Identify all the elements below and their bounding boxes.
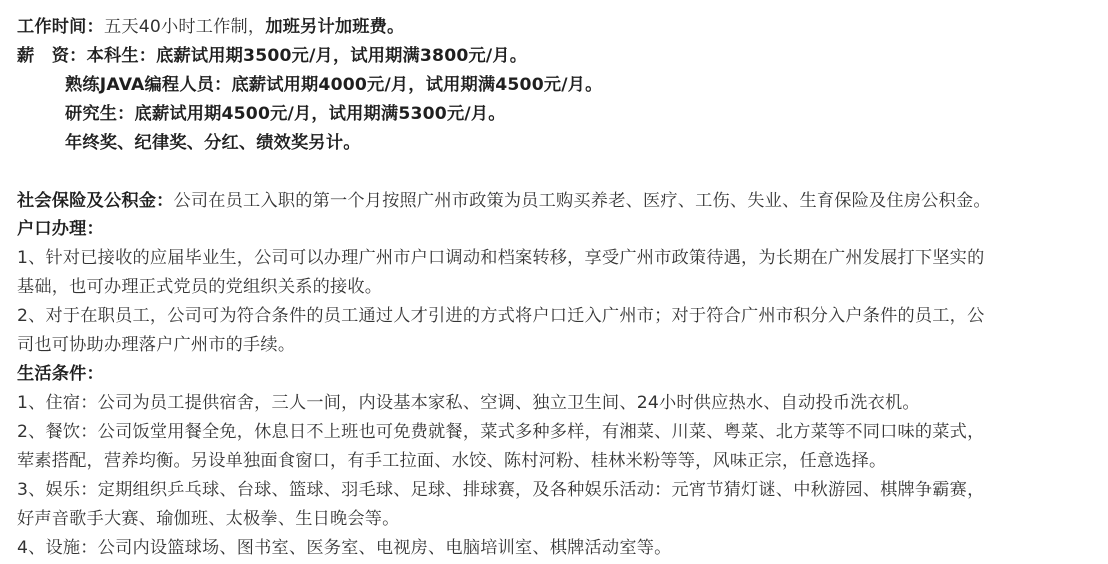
- work-time-line: 工作时间：五天40小时工作制，加班另计加班费。: [17, 14, 404, 40]
- social-insurance-label: 社会保险及公积金：: [17, 191, 174, 211]
- living-line-3: 荤素搭配，营养均衡。另设单独面食窗口，有手工拉面、水饺、陈村河粉、桂林米粉等等，…: [17, 448, 886, 474]
- hukou-line-4: 司也可协助办理落户广州市的手续。: [17, 332, 295, 358]
- hukou-line-1: 1、针对已接收的应届毕业生，公司可以办理广州市户口调动和档案转移，享受广州市政策…: [17, 245, 984, 271]
- hukou-heading: 户口办理：: [17, 216, 104, 242]
- overtime-text: 加班另计加班费。: [265, 17, 404, 37]
- hukou-line-3: 2、对于在职员工，公司可为符合条件的员工通过人才引进的方式将户口迁入广州市；对于…: [17, 303, 984, 329]
- social-insurance-text: 公司在员工入职的第一个月按照广州市政策为员工购买养老、医疗、工伤、失业、生育保险…: [174, 191, 991, 211]
- hukou-line-2: 基础，也可办理正式党员的党组织关系的接收。: [17, 274, 382, 300]
- salary-line-1: 薪 资：本科生：底薪试用期3500元/月，试用期满3800元/月。: [17, 43, 527, 69]
- work-time-label: 工作时间：: [17, 17, 104, 37]
- living-line-2: 2、餐饮：公司饭堂用餐全免，休息日不上班也可免费就餐，菜式多种多样，有湘菜、川菜…: [17, 419, 984, 445]
- salary-bachelor: 本科生：底薪试用期3500元/月，试用期满3800元/月。: [87, 46, 528, 66]
- salary-label: 薪 资：: [17, 46, 87, 66]
- living-heading: 生活条件：: [17, 361, 104, 387]
- work-time-text: 五天40小时工作制，: [104, 17, 265, 37]
- salary-bonus: 年终奖、纪律奖、分红、绩效奖另计。: [65, 130, 361, 156]
- social-insurance-line: 社会保险及公积金：公司在员工入职的第一个月按照广州市政策为员工购买养老、医疗、工…: [17, 188, 991, 214]
- salary-graduate: 研究生：底薪试用期4500元/月，试用期满5300元/月。: [65, 101, 506, 127]
- living-line-4: 3、娱乐：定期组织乒乓球、台球、篮球、羽毛球、足球、排球赛，及各种娱乐活动：元宵…: [17, 477, 984, 503]
- living-line-5: 好声音歌手大赛、瑜伽班、太极拳、生日晚会等。: [17, 506, 400, 532]
- salary-java: 熟练JAVA编程人员：底薪试用期4000元/月，试用期满4500元/月。: [65, 72, 603, 98]
- living-line-6: 4、设施：公司内设篮球场、图书室、医务室、电视房、电脑培训室、棋牌活动室等。: [17, 535, 671, 561]
- living-line-1: 1、住宿：公司为员工提供宿舍，三人一间，内设基本家私、空调、独立卫生间、24小时…: [17, 390, 920, 416]
